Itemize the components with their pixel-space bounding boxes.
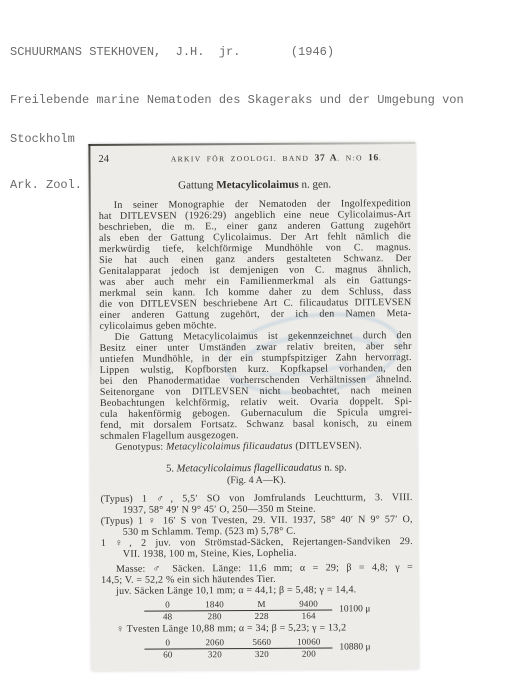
locality-block: (Typus) 1 ♂, 5,5′ SO von Jomfrulands Leu… [101, 492, 413, 560]
fraction-total: 10880 μ [339, 642, 370, 652]
genus-heading: Gattung Metacylicolaimus n. gen. [99, 178, 411, 192]
fraction-cell: 164 [285, 610, 332, 621]
fraction-cell: 2060 [191, 637, 238, 648]
scanned-page: 24 ARKIV FÖR ZOOLOGI. BAND 37 A. N:O 16.… [88, 142, 418, 671]
text-line: einer anderen Gattung zugehört, der ich … [99, 308, 411, 321]
fraction-cell: 48 [144, 611, 191, 622]
tvesten-measurement-line: ♀ Tvesten Länge 10,88 mm; α = 34; β = 5,… [101, 622, 413, 635]
page-header: 24 ARKIV FÖR ZOOLOGI. BAND 37 A. N:O 16. [98, 152, 410, 165]
fraction-cell: 5660 [238, 637, 285, 648]
fraction-cell: 200 [285, 648, 332, 659]
page-content: 24 ARKIV FÖR ZOOLOGI. BAND 37 A. N:O 16.… [88, 142, 418, 660]
fraction-cell: 60 [144, 649, 191, 660]
page-number: 24 [98, 154, 142, 165]
genotype-line: Genotypus: Metacylicolaimus filicaudatus… [100, 440, 412, 453]
screenshot-root: { "colors":{"page_bg":"#edece9","ink":"#… [0, 0, 508, 700]
fraction-cell: M [238, 599, 285, 610]
measurement-line: juv. Säcken Länge 10,1 mm; α = 44,1; β =… [101, 584, 413, 597]
citation-title-line1: Freilebende marine Nematoden des Skagera… [10, 94, 464, 107]
measurements-block: Masse: ♂ Säcken. Länge: 11,6 mm; α = 29;… [101, 562, 413, 597]
paragraph-2: Die Gattung Metacylicolaimus ist gekennz… [100, 330, 413, 442]
species-name: Metacylicolaimus flagellicaudatus [177, 463, 322, 475]
paragraph-1: In seiner Monographie der Nematoden der … [99, 198, 412, 332]
genus-name: Metacylicolaimus [216, 179, 299, 192]
fraction-cell: 0 [144, 599, 191, 610]
fraction-cell: 228 [238, 610, 285, 621]
fraction-cell: 320 [191, 649, 238, 660]
fraction-cell: 280 [191, 611, 238, 622]
running-head: ARKIV FÖR ZOOLOGI. BAND 37 A. N:O 16. [142, 153, 410, 165]
genotype-species-name: Metacylicolaimus filicaudatus [166, 441, 293, 453]
fraction-cell: 0 [144, 637, 191, 648]
measurement-fraction-2: 0 2060 5660 10060 60 320 320 200 10880 μ [101, 636, 413, 660]
text-line: fend, mit dorsalem Fortsatz. Schwanz bas… [100, 418, 412, 431]
citation-author-year: SCHUURMANS STEKHOVEN, J.H. jr. (1946) [10, 46, 464, 59]
fraction-cell: 320 [238, 648, 285, 659]
figure-reference: (Fig. 4 A—K). [100, 474, 412, 488]
fraction-cell: 1840 [191, 599, 238, 610]
fraction-total: 10100 μ [339, 604, 370, 614]
fraction-cell: 10060 [285, 637, 332, 648]
fraction-denominators: 60 320 320 200 [144, 648, 332, 660]
measurement-fraction-1: 0 1840 M 9400 48 280 228 164 10100 μ [101, 598, 413, 622]
fraction-cell: 9400 [285, 599, 332, 610]
fraction-denominators: 48 280 228 164 [144, 610, 332, 622]
